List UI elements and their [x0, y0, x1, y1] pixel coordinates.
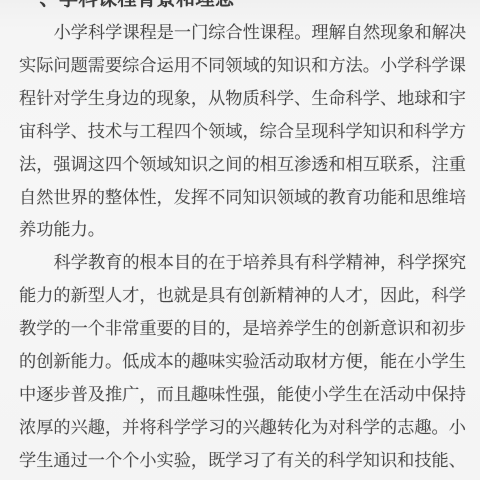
text-line: 宙科学、技术与工程四个领域，综合呈现科学知识和科学方: [19, 115, 469, 148]
text-line: 小学科学课程是一门综合性课程。理解自然现象和解决: [19, 16, 469, 49]
section-heading: 一、学科课程背景和理念: [20, 0, 235, 11]
document-body: 小学科学课程是一门综合性课程。理解自然现象和解决实际问题需要综合运用不同领域的知…: [19, 16, 469, 477]
text-line: 中逐步普及推广，而且趣味性强，能使小学生在活动中保持: [19, 378, 469, 411]
text-line: 法，强调这四个领域知识之间的相互渗透和相互联系，注重: [19, 148, 469, 181]
text-line: 养功能力。: [19, 213, 469, 246]
text-line: 科学教育的根本目的在于培养具有科学精神，科学探究: [19, 246, 469, 279]
text-line: 学生通过一个个小实验，既学习了有关的科学知识和技能、: [19, 444, 469, 477]
text-line: 浓厚的兴趣，并将科学学习的兴趣转化为对科学的志趣。小: [19, 411, 469, 444]
text-line: 自然世界的整体性，发挥不同知识领域的教育功能和思维培: [19, 181, 469, 214]
text-line: 实际问题需要综合运用不同领域的知识和方法。小学科学课: [19, 49, 469, 82]
text-line: 程针对学生身边的现象，从物质科学、生命科学、地球和宇: [19, 82, 469, 115]
document-page: 一、学科课程背景和理念 小学科学课程是一门综合性课程。理解自然现象和解决实际问题…: [0, 0, 480, 480]
text-line: 教学的一个非常重要的目的，是培养学生的创新意识和初步: [19, 312, 469, 345]
text-line: 的创新能力。低成本的趣味实验活动取材方便，能在小学生: [19, 345, 469, 378]
text-line: 能力的新型人才，也就是具有创新精神的人才，因此，科学: [19, 279, 469, 312]
